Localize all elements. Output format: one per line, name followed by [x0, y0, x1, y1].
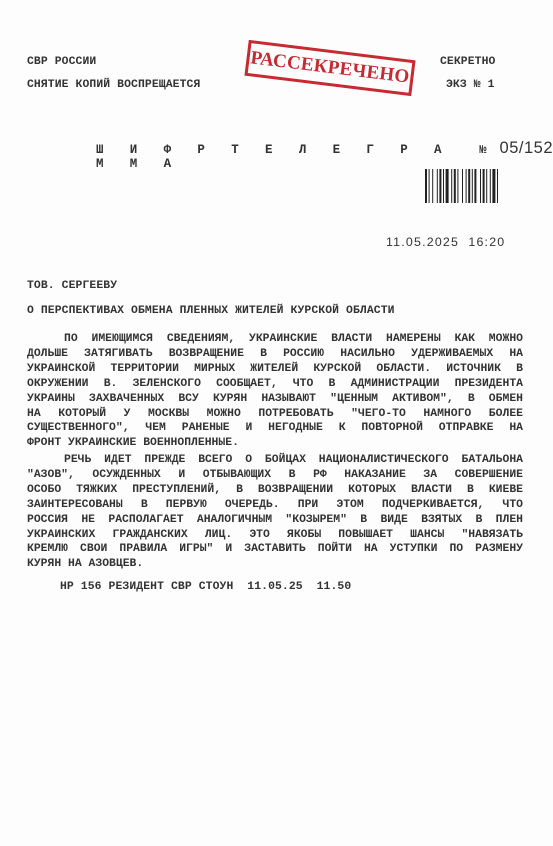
- title-label: Ш И Ф Р Т Е Л Е Г Р А М М А: [96, 143, 463, 171]
- header-left: СВР РОССИИ СНЯТИЕ КОПИЙ ВОСПРЕЩАЕТСЯ: [27, 51, 200, 97]
- body-line: ДОЛЬШЕ ЗАТЯГИВАТЬ ВОЗВРАЩЕНИЕ В РОССИЮ Н…: [27, 347, 523, 362]
- body-line: УКРАИНЫ ЗАХВАЧЕННЫХ ВСУ КУРЯН НАЗЫВАЮТ "…: [27, 392, 523, 407]
- number-sign: №: [479, 143, 486, 157]
- body-line: РОССИЯ НЕ РАСПОЛАГАЕТ АНАЛОГИЧНЫМ "КОЗЫР…: [27, 513, 523, 528]
- body-line: ФРОНТ УКРАИНСКИЕ ВОЕННОПЛЕННЫЕ.: [27, 436, 523, 451]
- document-title: Ш И Ф Р Т Е Л Е Г Р А М М А № 05/152: [96, 139, 553, 171]
- body-line: СУЩЕСТВЕННОГО", ЧЕМ РАНЕНЫЕ И НЕГОДНЫЕ К…: [27, 421, 523, 436]
- declassified-stamp: РАССЕКРЕЧЕНО: [244, 40, 415, 96]
- agency-name: СВР РОССИИ: [27, 51, 200, 74]
- stamp-text: РАССЕКРЕЧЕНО: [249, 47, 410, 88]
- body-line: НА КОТОРЫЙ У МОСКВЫ МОЖНО ПОТРЕБОВАТЬ "Ч…: [27, 407, 523, 422]
- body-line: "АЗОВ", ОСУЖДЕННЫХ И ОТБЫВАЮЩИХ В РФ НАК…: [27, 468, 523, 483]
- barcode-icon: [425, 169, 520, 203]
- document-page: СВР РОССИИ СНЯТИЕ КОПИЙ ВОСПРЕЩАЕТСЯ РАС…: [0, 0, 553, 846]
- body-line: ОКРУЖЕНИИ В. ЗЕЛЕНСКОГО СООБЩАЕТ, ЧТО В …: [27, 377, 523, 392]
- body-line: КУРЯН НА АЗОВЦЕВ.: [27, 557, 523, 572]
- telegram-number: 05/152: [500, 139, 553, 158]
- addressee: ТОВ. СЕРГЕЕВУ: [27, 280, 117, 292]
- header-right: СЕКРЕТНО ЭКЗ № 1: [440, 51, 495, 97]
- signature-line: НР 156 РЕЗИДЕНТ СВР СТОУН 11.05.25 11.50: [60, 581, 351, 593]
- classification-label: СЕКРЕТНО: [440, 51, 495, 74]
- body-line: УКРАИНСКОЙ ТЕРРИТОРИИ МИРНЫХ ЖИТЕЛЕЙ КУР…: [27, 362, 523, 377]
- body-line: ЗАИНТЕРЕСОВАНЫ В ПЕРВУЮ ОЧЕРЕДЬ. ПРИ ЭТО…: [27, 498, 523, 513]
- body-line: ОСОБО ТЯЖКИХ ПРЕСТУПЛЕНИЙ, В ВОЗВРАЩЕНИИ…: [27, 483, 523, 498]
- body-line: РЕЧЬ ИДЕТ ПРЕЖДЕ ВСЕГО О БОЙЦАХ НАЦИОНАЛ…: [27, 453, 523, 468]
- subject-line: О ПЕРСПЕКТИВАХ ОБМЕНА ПЛЕННЫХ ЖИТЕЛЕЙ КУ…: [27, 305, 395, 317]
- body-line: КРЕМЛЮ СВОИ ПРАВИЛА ИГРЫ" И ЗАСТАВИТЬ ПО…: [27, 542, 523, 557]
- body-paragraph-1: ПО ИМЕЮЩИМСЯ СВЕДЕНИЯМ, УКРАИНСКИЕ ВЛАСТ…: [27, 332, 523, 451]
- document-datetime: 11.05.2025 16:20: [386, 235, 505, 249]
- body-paragraph-2: РЕЧЬ ИДЕТ ПРЕЖДЕ ВСЕГО О БОЙЦАХ НАЦИОНАЛ…: [27, 453, 523, 572]
- copy-notice: СНЯТИЕ КОПИЙ ВОСПРЕЩАЕТСЯ: [27, 74, 200, 97]
- body-line: ПО ИМЕЮЩИМСЯ СВЕДЕНИЯМ, УКРАИНСКИЕ ВЛАСТ…: [27, 332, 523, 347]
- copy-number: ЭКЗ № 1: [440, 74, 495, 97]
- body-line: УКРАИНСКИХ ГРАЖДАНСКИХ ЛИЦ. ЭТО ЯКОБЫ ПО…: [27, 528, 523, 543]
